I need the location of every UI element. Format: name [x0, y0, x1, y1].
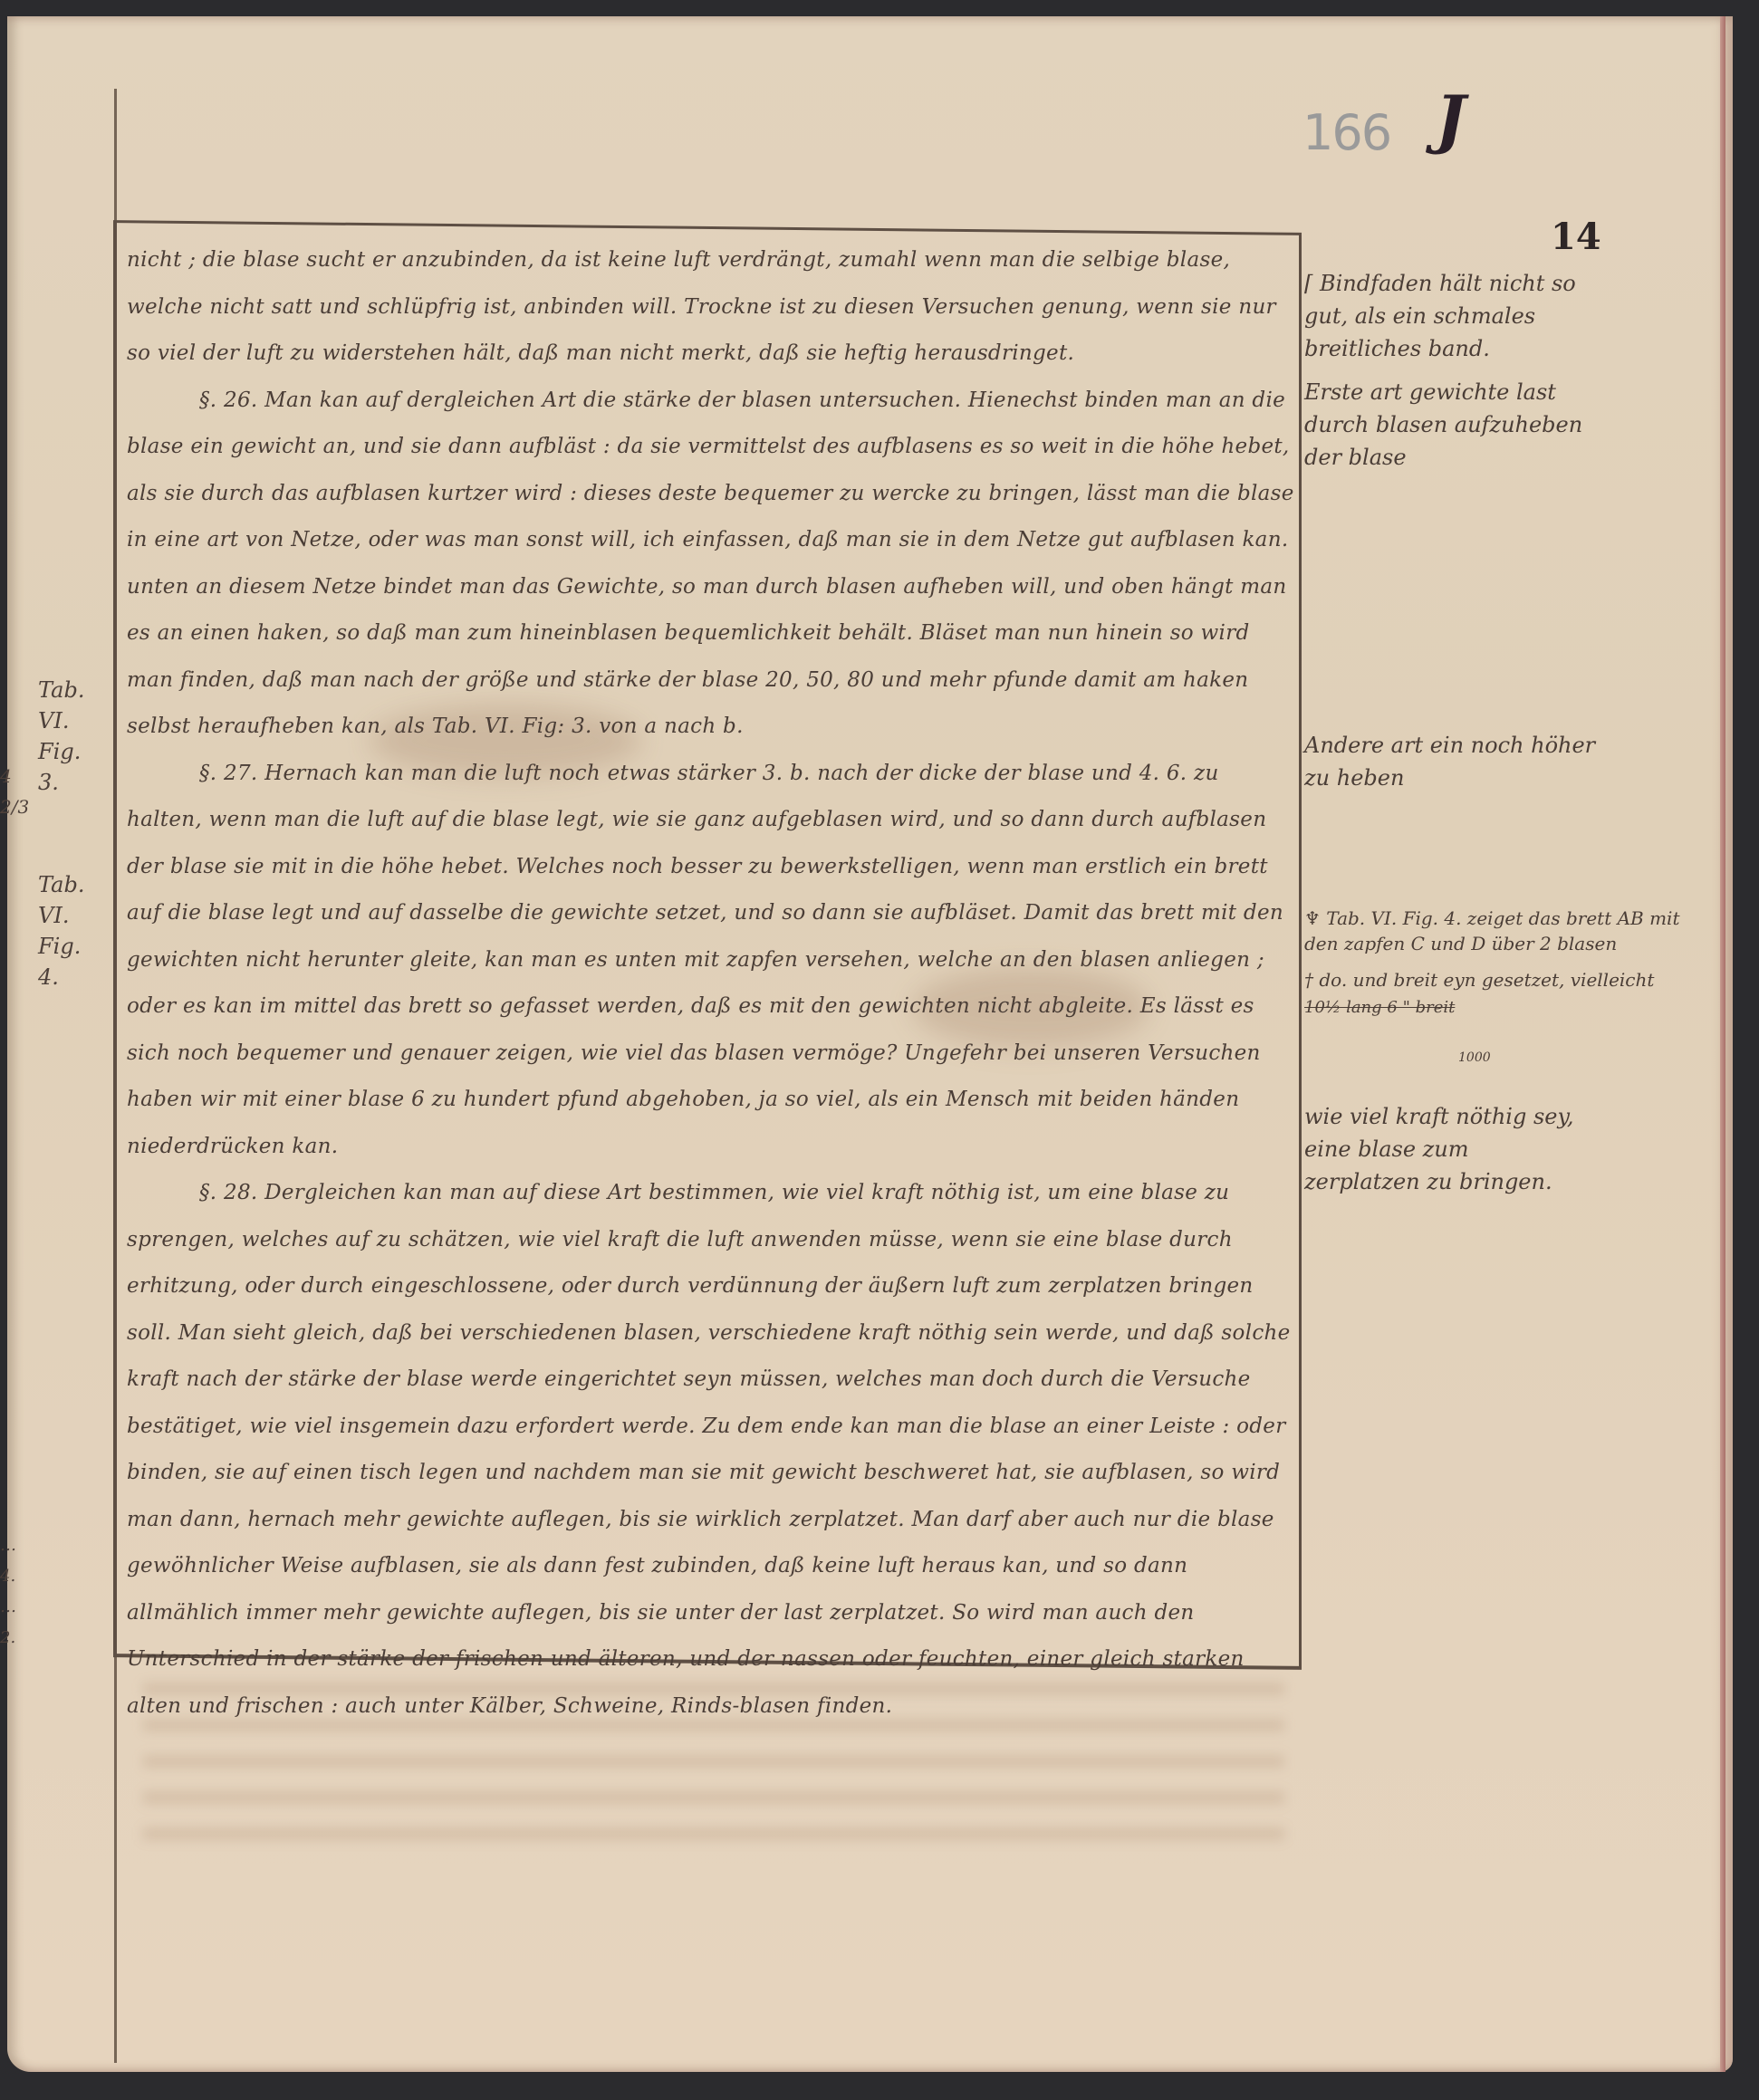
paragraph-section-27: §. 27. Hernach kan man die luft noch etw… — [127, 751, 1295, 1171]
paragraph-section-28: §. 28. Dergleichen kan man auf diese Art… — [127, 1170, 1295, 1730]
manuscript-body: nicht ; die blase sucht er anzubinden, d… — [127, 237, 1295, 1730]
margin-note-zerplatzen: wie viel kraft nöthig sey, eine blase zu… — [1304, 1100, 1576, 1198]
margin-note-fig3: Tab. VI. Fig. 3. — [38, 675, 101, 798]
gathering-signature: J — [1436, 82, 1466, 157]
margin-note-struck-measure: 10½ lang 6 " breit — [1304, 996, 1612, 1020]
paragraph-section-26: §. 26. Man kan auf dergleichen Art die s… — [127, 378, 1295, 751]
margin-note-fraction: 4 2/3 — [0, 761, 36, 822]
margin-note-andere-art: Andere art ein noch höher zu heben — [1304, 729, 1612, 794]
margin-note-bindfaden: ⌈ Bindfaden hält nicht so gut, als ein s… — [1304, 267, 1612, 365]
margin-note-erste-art: Erste art gewichte last durch blasen auf… — [1304, 376, 1612, 474]
page-number: 14 — [1551, 216, 1601, 258]
margin-note-tab-fig4: ♆ Tab. VI. Fig. 4. zeiget das brett AB m… — [1304, 906, 1685, 956]
margin-note-edge: …4. …2. — [0, 1530, 27, 1654]
margin-note-breit: † do. und breit eyn gesetzet, vielleicht — [1304, 967, 1685, 992]
paragraph: nicht ; die blase sucht er anzubinden, d… — [127, 237, 1295, 378]
margin-note-fig4: Tab. VI. Fig. 4. — [38, 869, 101, 992]
folio-number: 166 — [1302, 104, 1390, 161]
margin-note-1000: 1000 — [1458, 1041, 1759, 1074]
